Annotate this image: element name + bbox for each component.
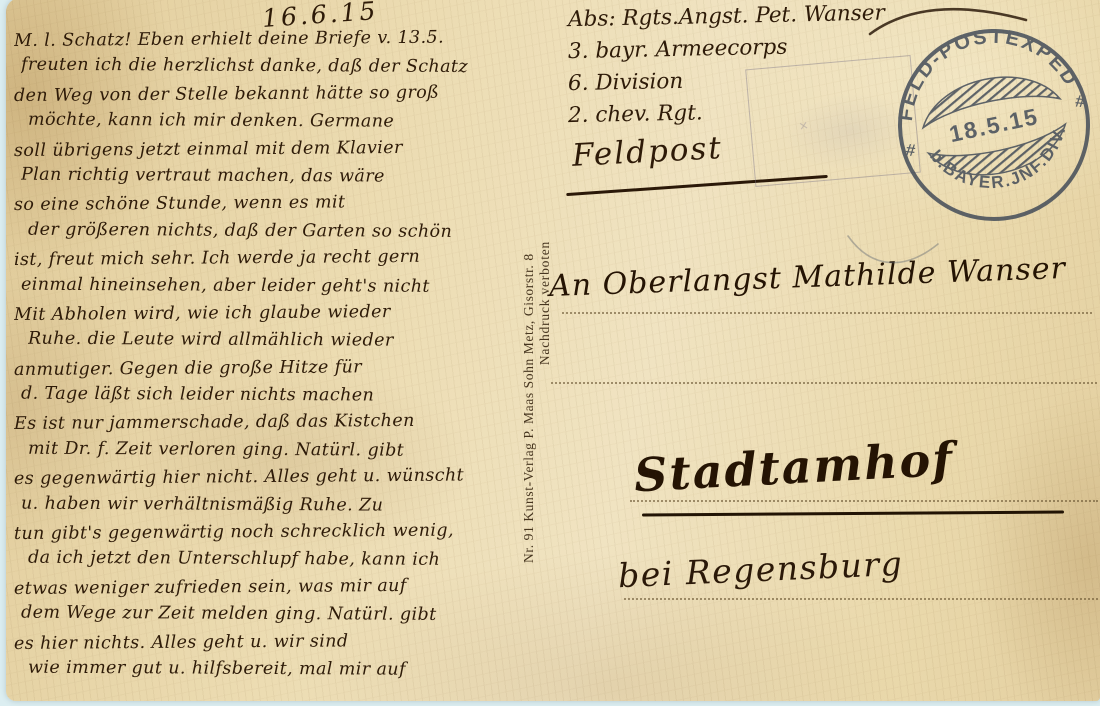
ink-flourish-top bbox=[864, 0, 1034, 46]
feldpost-label: Feldpost bbox=[571, 130, 723, 174]
message-line: mit Dr. f. Zeit verloren ging. Natürl. g… bbox=[28, 436, 526, 466]
message-line: anmutiger. Gegen die große Hitze für bbox=[14, 353, 526, 384]
message-line: den Weg von der Stelle bekannt hätte so … bbox=[14, 79, 526, 110]
message-line: freuten ich die herzlichst danke, daß de… bbox=[21, 52, 526, 82]
address-recipient-line: An Oberlangst Mathilde Wanser bbox=[549, 251, 1067, 304]
message-line: Ruhe. die Leute wird allmählich wieder bbox=[28, 326, 526, 356]
address-region-line: bei Regensburg bbox=[617, 544, 904, 595]
publisher-line: Nr. 91 Kunst-Verlag P. Maas Sohn Metz, G… bbox=[521, 43, 537, 563]
address-rule-line-2 bbox=[551, 382, 1097, 384]
message-line: d. Tage läßt sich leider nichts machen bbox=[21, 381, 526, 411]
message-line: ist, freut mich sehr. Ich werde ja recht… bbox=[14, 243, 526, 274]
city-underline-stroke bbox=[642, 511, 1064, 517]
address-city-line: Stadtamhof bbox=[633, 432, 955, 503]
message-line: es hier nichts. Alles geht u. wir sind bbox=[14, 627, 526, 658]
message-text: M. l. Schatz! Eben erhielt deine Briefe … bbox=[14, 26, 526, 683]
censor-stamp-marks: × bbox=[798, 116, 813, 135]
message-line: der größeren nichts, daß der Garten so s… bbox=[28, 216, 526, 246]
message-line: dem Wege zur Zeit melden ging. Natürl. g… bbox=[21, 600, 526, 630]
message-line: da ich jetzt den Unterschlupf habe, kann… bbox=[28, 545, 526, 575]
message-line: möchte, kann ich mir denken. Germane bbox=[28, 107, 526, 137]
message-line: u. haben wir verhältnismäßig Ruhe. Zu bbox=[21, 490, 526, 520]
address-rule-line-4 bbox=[624, 598, 1098, 600]
message-line: einmal hineinsehen, aber leider geht's n… bbox=[21, 271, 526, 301]
address-rule-line-3 bbox=[630, 500, 1098, 502]
message-line: so eine schöne Stunde, wenn es mit bbox=[14, 188, 526, 219]
ink-flourish-bottom bbox=[844, 230, 944, 276]
message-line: soll übrigens jetzt einmal mit dem Klavi… bbox=[14, 134, 526, 165]
postcard-photo: M. l. Schatz! Eben erhielt deine Briefe … bbox=[6, 0, 1100, 701]
message-line: Mit Abholen wird, wie ich glaube wieder bbox=[14, 298, 526, 329]
message-line: wie immer gut u. hilfsbereit, mal mir au… bbox=[28, 655, 526, 685]
message-line: tun gibt's gegenwärtig noch schrecklich … bbox=[14, 517, 526, 548]
postmark-left-mark: # bbox=[905, 140, 917, 160]
publisher-imprint: Nr. 91 Kunst-Verlag P. Maas Sohn Metz, G… bbox=[521, 43, 553, 563]
address-rule-line-1 bbox=[562, 312, 1092, 314]
message-line: etwas weniger zufrieden sein, was mir au… bbox=[14, 572, 526, 603]
message-line: Plan richtig vertraut machen, das wäre bbox=[21, 162, 526, 192]
postmark-stamp: FELD-POSTEXPED b.BAYER.JNF.DIV. 18.5.15 … bbox=[894, 24, 1094, 226]
message-line: Es ist nur jammerschade, daß das Kistche… bbox=[14, 407, 526, 438]
message-line: es gegenwärtig hier nicht. Alles geht u.… bbox=[14, 462, 526, 493]
